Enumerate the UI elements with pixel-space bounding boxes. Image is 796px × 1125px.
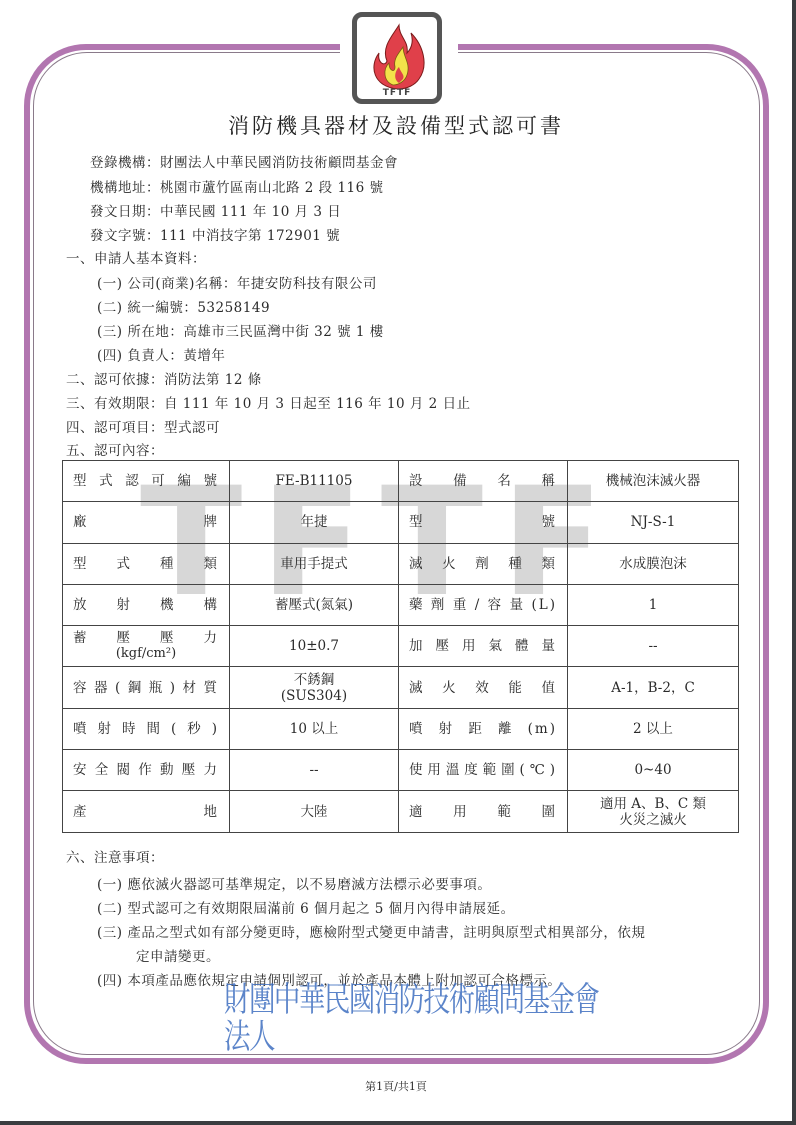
applicant-tax-id: (二) 統一編號：53258149 xyxy=(97,296,270,316)
applicant-representative: (四) 負責人：黃增年 xyxy=(97,344,225,364)
cell-label: 滅火效能值 xyxy=(399,667,568,708)
section-basis: 二、認可依據：消防法第 12 條 xyxy=(66,368,262,388)
table-row: 型式認可編號 FE-B11105 設備名稱 機械泡沫滅火器 xyxy=(63,461,739,502)
cell-label: 噴射距離(m) xyxy=(399,708,568,749)
note-item: (二) 型式認可之有效期限屆滿前 6 個月起之 5 個月內得申請展延。 xyxy=(97,897,515,917)
cell-value: 0~40 xyxy=(568,750,739,791)
cell-label: 噴射時間(秒) xyxy=(63,708,230,749)
cell-label: 型式認可編號 xyxy=(63,461,230,502)
note-item: (一) 應依滅火器認可基準規定，以不易磨滅方法標示必要事項。 xyxy=(97,873,491,893)
cell-value: 年捷 xyxy=(230,502,399,543)
cell-label: 放射機構 xyxy=(63,584,230,625)
cell-label: 使用溫度範圍(℃) xyxy=(399,750,568,791)
cell-label: 藥劑重/容量(L) xyxy=(399,584,568,625)
table-row: 型式種類 車用手提式 滅火劑種類 水成膜泡沫 xyxy=(63,543,739,584)
cell-label: 容器(鋼瓶)材質 xyxy=(63,667,230,708)
cell-value: 車用手提式 xyxy=(230,543,399,584)
cell-label: 型號 xyxy=(399,502,568,543)
table-row: 放射機構 蓄壓式(氮氣) 藥劑重/容量(L) 1 xyxy=(63,584,739,625)
cell-label: 滅火劑種類 xyxy=(399,543,568,584)
section-notes-title: 六、注意事項： xyxy=(66,846,164,866)
document-number: 發文字號：111 中消技字第 172901 號 xyxy=(90,224,340,244)
table-row: 容器(鋼瓶)材質 不銹鋼 (SUS304) 滅火效能值 A-1，B-2，C xyxy=(63,667,739,708)
cell-value: A-1，B-2，C xyxy=(568,667,739,708)
cell-value: 1 xyxy=(568,584,739,625)
cell-value: 機械泡沫滅火器 xyxy=(568,461,739,502)
issue-date: 發文日期：中華民國 111 年 10 月 3 日 xyxy=(90,200,341,220)
page-number: 第1頁/共1頁 xyxy=(0,1078,792,1094)
note-item: (三) 產品之型式如有部分變更時，應檢附型式變更申請書，註明與原型式相異部分，依… xyxy=(97,921,645,941)
applicant-company: (一) 公司(商業)名稱：年捷安防科技有限公司 xyxy=(97,272,377,292)
logo-text: TFTF xyxy=(357,88,437,98)
cell-value: -- xyxy=(568,626,739,667)
cell-value: 適用 A、B、C 類 火災之滅火 xyxy=(568,791,739,832)
agency-address: 機構地址：桃園市蘆竹區南山北路 2 段 116 號 xyxy=(90,176,384,196)
cell-label: 廠牌 xyxy=(63,502,230,543)
spec-table: 型式認可編號 FE-B11105 設備名稱 機械泡沫滅火器 廠牌 年捷 型號 N… xyxy=(62,460,739,833)
table-row: 安全閥作動壓力 -- 使用溫度範圍(℃) 0~40 xyxy=(63,750,739,791)
cell-value: 2 以上 xyxy=(568,708,739,749)
cell-value: 不銹鋼 (SUS304) xyxy=(230,667,399,708)
cell-label: 產地 xyxy=(63,791,230,832)
table-row: 噴射時間(秒) 10 以上 噴射距離(m) 2 以上 xyxy=(63,708,739,749)
note-item-continued: 定申請變更。 xyxy=(136,945,220,965)
certificate-page: TFTF 消防機具器材及設備型式認可書 登錄機構：財團法人中華民國消防技術顧問基… xyxy=(0,0,792,1121)
cell-label: 加壓用氣體量 xyxy=(399,626,568,667)
section-validity: 三、有效期限：自 111 年 10 月 3 日起至 116 年 10 月 2 日… xyxy=(66,392,471,412)
cell-value: 10±0.7 xyxy=(230,626,399,667)
section-applicant-title: 一、申請人基本資料： xyxy=(66,247,206,267)
cell-value: FE-B11105 xyxy=(230,461,399,502)
cell-value: NJ-S-1 xyxy=(568,502,739,543)
cell-value: -- xyxy=(230,750,399,791)
document-title: 消防機具器材及設備型式認可書 xyxy=(0,110,792,140)
cell-label: 適用範圍 xyxy=(399,791,568,832)
flame-icon xyxy=(363,21,433,91)
agency-seal-stamp: 財團中華民國消防技術顧問基金會 法人 xyxy=(224,982,508,1056)
cell-label: 型式種類 xyxy=(63,543,230,584)
cell-label: 安全閥作動壓力 xyxy=(63,750,230,791)
cell-value: 蓄壓式(氮氣) xyxy=(230,584,399,625)
table-row: 廠牌 年捷 型號 NJ-S-1 xyxy=(63,502,739,543)
table-row: 產地 大陸 適用範圍 適用 A、B、C 類 火災之滅火 xyxy=(63,791,739,832)
cell-value: 水成膜泡沫 xyxy=(568,543,739,584)
section-item: 四、認可項目：型式認可 xyxy=(66,416,220,436)
cell-label: 設備名稱 xyxy=(399,461,568,502)
table-row: 蓄壓壓力 (kgf/cm²) 10±0.7 加壓用氣體量 -- xyxy=(63,626,739,667)
cell-value: 10 以上 xyxy=(230,708,399,749)
cell-label: 蓄壓壓力 (kgf/cm²) xyxy=(63,626,230,667)
registration-agency: 登錄機構：財團法人中華民國消防技術顧問基金會 xyxy=(90,151,398,171)
applicant-address: (三) 所在地：高雄市三民區灣中街 32 號 1 樓 xyxy=(97,320,384,340)
tftf-flame-logo: TFTF xyxy=(352,12,442,104)
cell-value: 大陸 xyxy=(230,791,399,832)
